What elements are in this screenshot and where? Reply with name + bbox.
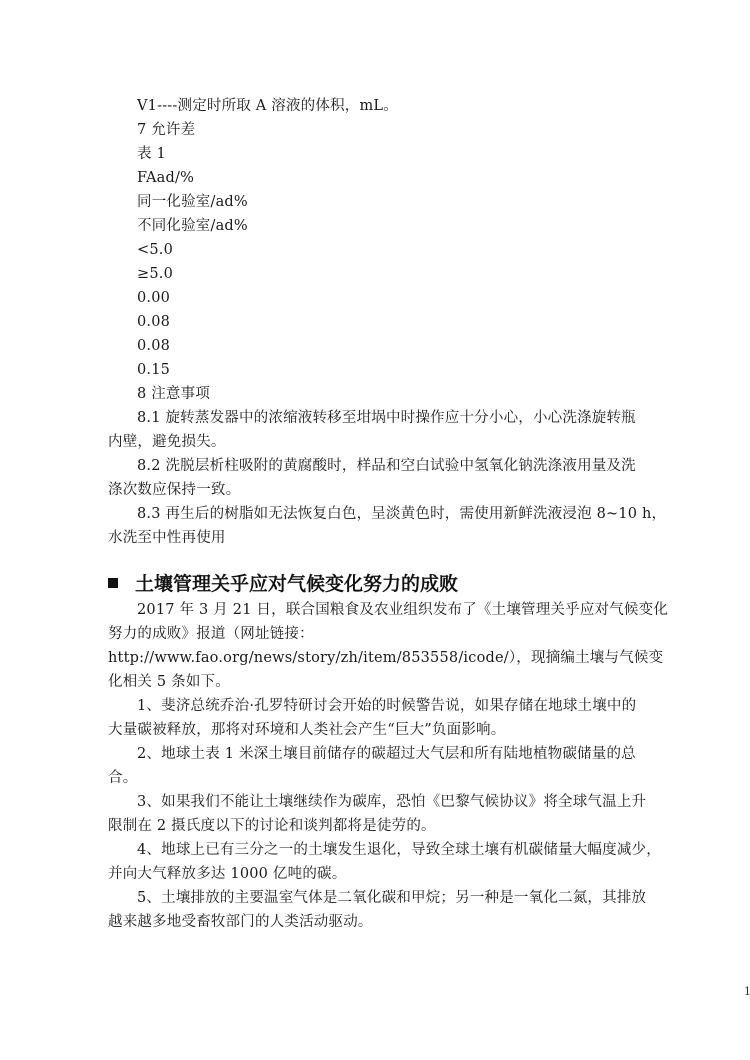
square-bullet-icon — [108, 578, 118, 588]
v1-definition: V1----测定时所取 A 溶液的体积，mL。 — [137, 94, 398, 118]
article-heading-text: 土壤管理关乎应对气候变化努力的成败 — [135, 573, 458, 595]
note-8-1-line2: 内壁，避免损失。 — [108, 430, 226, 454]
table-cell: ≥5.0 — [137, 262, 173, 286]
table-cell: 0.15 — [137, 358, 170, 382]
point-1-line2: 大量碳被释放，那将对环境和人类社会产生“巨大”负面影响。 — [108, 718, 505, 742]
note-8-2-line1: 8.2 洗脱层析柱吸附的黄腐酸时，样品和空白试验中氢氧化钠洗涤液用量及洗 — [137, 454, 636, 478]
point-4-line1: 4、地球上已有三分之一的土壤发生退化，导致全球土壤有机碳储量大幅度减少， — [137, 838, 661, 862]
note-8-3-line2: 水洗至中性再使用 — [108, 526, 226, 550]
table-cell: 0.00 — [137, 286, 170, 310]
table-cell: <5.0 — [137, 238, 173, 262]
point-1-line1: 1、斐济总统乔治·孔罗特研讨会开始的时候警告说，如果存储在地球土壤中的 — [137, 694, 636, 718]
point-5-line2: 越来越多地受畜牧部门的人类活动驱动。 — [108, 910, 373, 934]
intro-line: 2017 年 3 月 21 日，联合国粮食及农业组织发布了《土壤管理关乎应对气候… — [137, 598, 668, 622]
intro-url-line: http://www.fao.org/news/story/zh/item/85… — [108, 646, 663, 670]
table-cell: 同一化验室/ad% — [137, 190, 248, 214]
note-8-3-line1: 8.3 再生后的树脂如无法恢复白色，呈淡黄色时，需使用新鲜洗液浸泡 8~10 h… — [137, 502, 666, 526]
section-8-title: 8 注意事项 — [137, 382, 210, 406]
point-2-line2: 合。 — [108, 766, 137, 790]
table-cell: FAad/% — [137, 166, 194, 190]
note-8-2-line2: 涤次数应保持一致。 — [108, 478, 240, 502]
intro-line: 努力的成败》报道（网址链接： — [108, 622, 314, 646]
point-4-line2: 并向大气释放多达 1000 亿吨的碳。 — [108, 862, 346, 886]
point-2-line1: 2、地球土表 1 米深土壤目前储存的碳超过大气层和所有陆地植物碳储量的总 — [137, 742, 636, 766]
table-cell: 0.08 — [137, 310, 170, 334]
section-7-title: 7 允许差 — [137, 118, 195, 142]
table-cell: 0.08 — [137, 334, 170, 358]
table-label: 表 1 — [137, 142, 166, 166]
note-8-1-line1: 8.1 旋转蒸发器中的浓缩液转移至坩埚中时操作应十分小心，小心洗涤旋转瓶 — [137, 406, 636, 430]
table-cell: 不同化验室/ad% — [137, 214, 248, 238]
page-number: 1 — [744, 985, 750, 998]
point-5-line1: 5、土壤排放的主要温室气体是二氧化碳和甲烷；另一种是一氧化二氮，其排放 — [137, 886, 646, 910]
point-3-line1: 3、如果我们不能让土壤继续作为碳库，恐怕《巴黎气候协议》将全球气温上升 — [137, 790, 646, 814]
point-3-line2: 限制在 2 摄氏度以下的讨论和谈判都将是徒劳的。 — [108, 814, 436, 838]
intro-line: 化相关 5 条如下。 — [108, 670, 230, 694]
article-heading: 土壤管理关乎应对气候变化努力的成败 — [108, 570, 458, 598]
